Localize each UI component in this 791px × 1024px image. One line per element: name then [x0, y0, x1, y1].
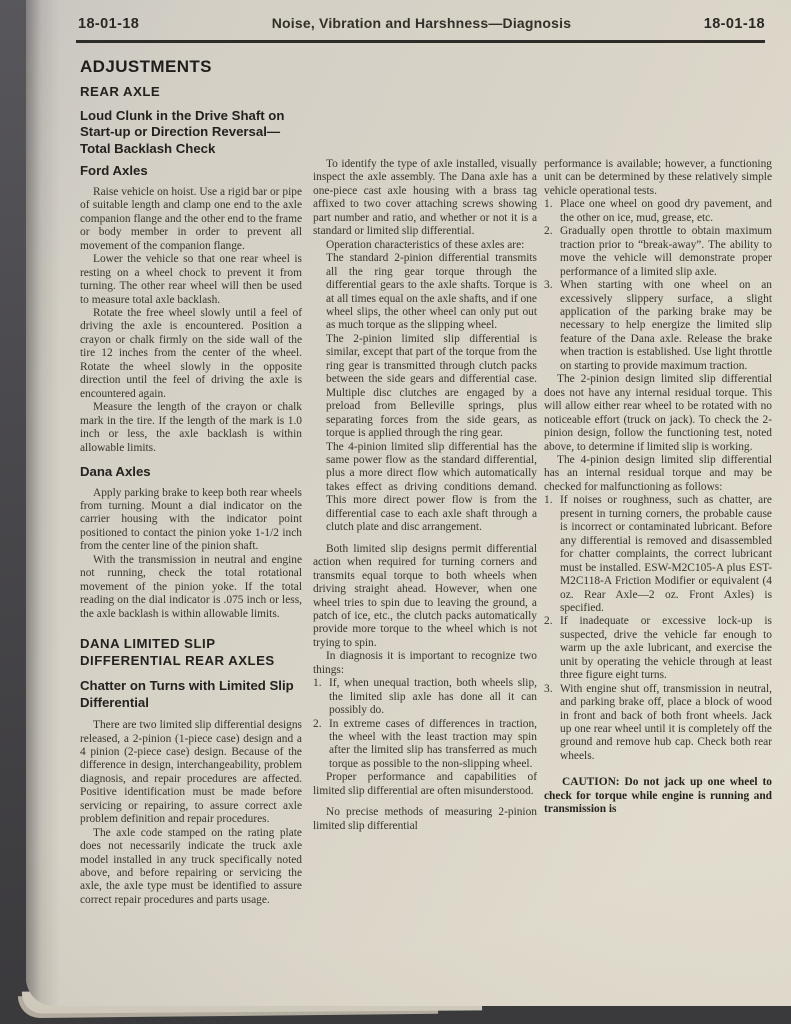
list-number: 2.	[544, 225, 553, 238]
page-section-title: ADJUSTMENTS	[80, 60, 302, 73]
sub-heading: Dana Axles	[80, 464, 302, 481]
list-number: 3.	[544, 279, 553, 292]
paragraph: The 2-pinion design limited slip differe…	[544, 373, 772, 454]
paragraph: performance is available; however, a fun…	[544, 158, 772, 198]
paragraph: With the transmission in neutral and eng…	[80, 554, 302, 621]
indented-paragraph: The 4-pinion limited slip differential h…	[326, 441, 537, 535]
list-item-text: If noises or roughness, such as chatter,…	[560, 494, 772, 614]
list-number: 1.	[313, 677, 322, 690]
paragraph: Apply parking brake to keep both rear wh…	[80, 487, 302, 554]
list-item: 3.When starting with one wheel on an exc…	[544, 279, 772, 373]
sub-heading: Chatter on Turns with Limited Slip Diffe…	[80, 678, 302, 711]
list-item-text: When starting with one wheel on an exces…	[560, 279, 772, 372]
paragraph: In diagnosis it is important to recogniz…	[313, 650, 537, 677]
list-item-text: With engine shut off, transmission in ne…	[560, 683, 772, 762]
indented-paragraph: The 2-pinion limited slip differential i…	[326, 333, 537, 441]
page-code-left: 18-01-18	[78, 16, 170, 32]
list-item-text: Gradually open throttle to obtain maximu…	[560, 225, 772, 277]
sub-heading: Loud Clunk in the Drive Shaft on Start-u…	[80, 108, 302, 158]
list-item: 2.In extreme cases of differences in tra…	[313, 718, 537, 772]
paragraph: Rotate the free wheel slowly until a fee…	[80, 307, 302, 401]
section-heading: REAR AXLE	[80, 84, 302, 101]
column-middle: To identify the type of axle installed, …	[313, 158, 537, 833]
paragraph: Proper performance and capabilities of l…	[313, 771, 537, 798]
caution-paragraph: CAUTION: Do not jack up one wheel to che…	[544, 776, 772, 816]
paragraph: The 4-pinion design limited slip differe…	[544, 454, 772, 494]
page-header: 18-01-18 Noise, Vibration and Harshness—…	[78, 15, 765, 32]
list-number: 2.	[313, 718, 322, 731]
indented-paragraph: The standard 2-pinion differential trans…	[326, 252, 537, 333]
page-code-right: 18-01-18	[673, 16, 765, 32]
list-item-text: Place one wheel on good dry pavement, an…	[560, 198, 772, 223]
list-number: 1.	[544, 198, 553, 211]
list-item-text: If inadequate or excessive lock-up is su…	[560, 615, 772, 681]
list-item: 3.With engine shut off, transmission in …	[544, 683, 772, 764]
list-item-text: In extreme cases of differences in tract…	[329, 718, 537, 770]
section-heading: DANA LIMITED SLIP DIFFERENTIAL REAR AXLE…	[80, 636, 302, 669]
column-right: performance is available; however, a fun…	[544, 158, 772, 817]
paragraph: The axle code stamped on the rating plat…	[80, 827, 302, 908]
paragraph: To identify the type of axle installed, …	[313, 158, 537, 239]
header-rule	[76, 40, 765, 43]
list-item: 1.If, when unequal traction, both wheels…	[313, 677, 537, 717]
paragraph: Lower the vehicle so that one rear wheel…	[80, 253, 302, 307]
list-item: 1.If noises or roughness, such as chatte…	[544, 494, 772, 615]
list-item: 1.Place one wheel on good dry pavement, …	[544, 198, 772, 225]
scanned-manual-page: 18-01-18 Noise, Vibration and Harshness—…	[0, 0, 791, 1024]
paragraph: Operation characteristics of these axles…	[313, 239, 537, 252]
sub-heading: Ford Axles	[80, 163, 302, 180]
list-number: 3.	[544, 683, 553, 696]
paper-sheet: 18-01-18 Noise, Vibration and Harshness—…	[26, 0, 791, 1006]
list-number: 2.	[544, 615, 553, 628]
paragraph: No precise methods of measuring 2-pinion…	[313, 806, 537, 833]
list-number: 1.	[544, 494, 553, 507]
paragraph: Both limited slip designs permit differe…	[313, 543, 537, 651]
column-left: ADJUSTMENTSREAR AXLELoud Clunk in the Dr…	[80, 60, 302, 907]
list-item: 2.Gradually open throttle to obtain maxi…	[544, 225, 772, 279]
paragraph: There are two limited slip differential …	[80, 719, 302, 827]
paragraph: Measure the length of the crayon or chal…	[80, 401, 302, 455]
list-item-text: If, when unequal traction, both wheels s…	[329, 677, 537, 716]
list-item: 2.If inadequate or excessive lock-up is …	[544, 615, 772, 682]
page-title: Noise, Vibration and Harshness—Diagnosis	[170, 15, 673, 31]
paragraph: Raise vehicle on hoist. Use a rigid bar …	[80, 186, 302, 253]
